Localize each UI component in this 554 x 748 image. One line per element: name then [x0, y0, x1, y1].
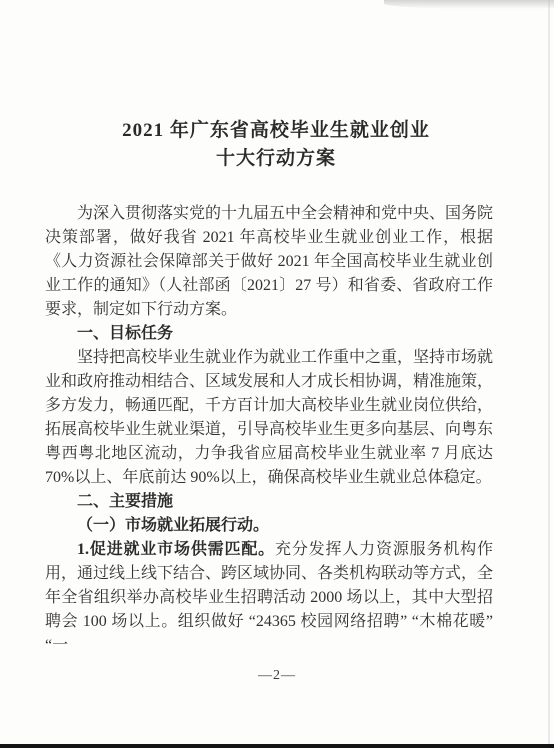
paragraph-goals: 坚持把高校毕业生就业作为就业工作重中之重，坚持市场就业和政府推动相结合、区域发展…	[45, 346, 493, 490]
scan-smudge-top-right	[384, 0, 554, 9]
measure-1-lead: 1.促进就业市场供需匹配。	[77, 541, 275, 558]
paragraph-preamble: 为深入贯彻落实党的十九届五中全会精神和党中央、国务院决策部署，做好我省 2021…	[45, 202, 493, 322]
document-title-line-2: 十大行动方案	[59, 145, 493, 173]
scan-edge-bottom	[0, 744, 554, 748]
scanned-page: 2021 年广东省高校毕业生就业创业 十大行动方案 为深入贯彻落实党的十九届五中…	[0, 0, 554, 748]
scan-edge-streak-right	[548, 0, 550, 748]
document-content: 2021 年广东省高校毕业生就业创业 十大行动方案 为深入贯彻落实党的十九届五中…	[45, 117, 493, 658]
page-number: —2—	[0, 668, 554, 684]
document-title-line-1: 2021 年广东省高校毕业生就业创业	[59, 117, 493, 145]
section-heading-goals: 一、目标任务	[45, 322, 493, 346]
subsection-heading-market-action: （一）市场就业拓展行动。	[45, 514, 493, 538]
document-body: 为深入贯彻落实党的十九届五中全会精神和党中央、国务院决策部署，做好我省 2021…	[45, 202, 493, 658]
paragraph-measure-1: 1.促进就业市场供需匹配。充分发挥人力资源服务机构作用，通过线上线下结合、跨区域…	[45, 538, 493, 658]
document-title: 2021 年广东省高校毕业生就业创业 十大行动方案	[45, 117, 493, 173]
section-heading-measures: 二、主要措施	[45, 490, 493, 514]
